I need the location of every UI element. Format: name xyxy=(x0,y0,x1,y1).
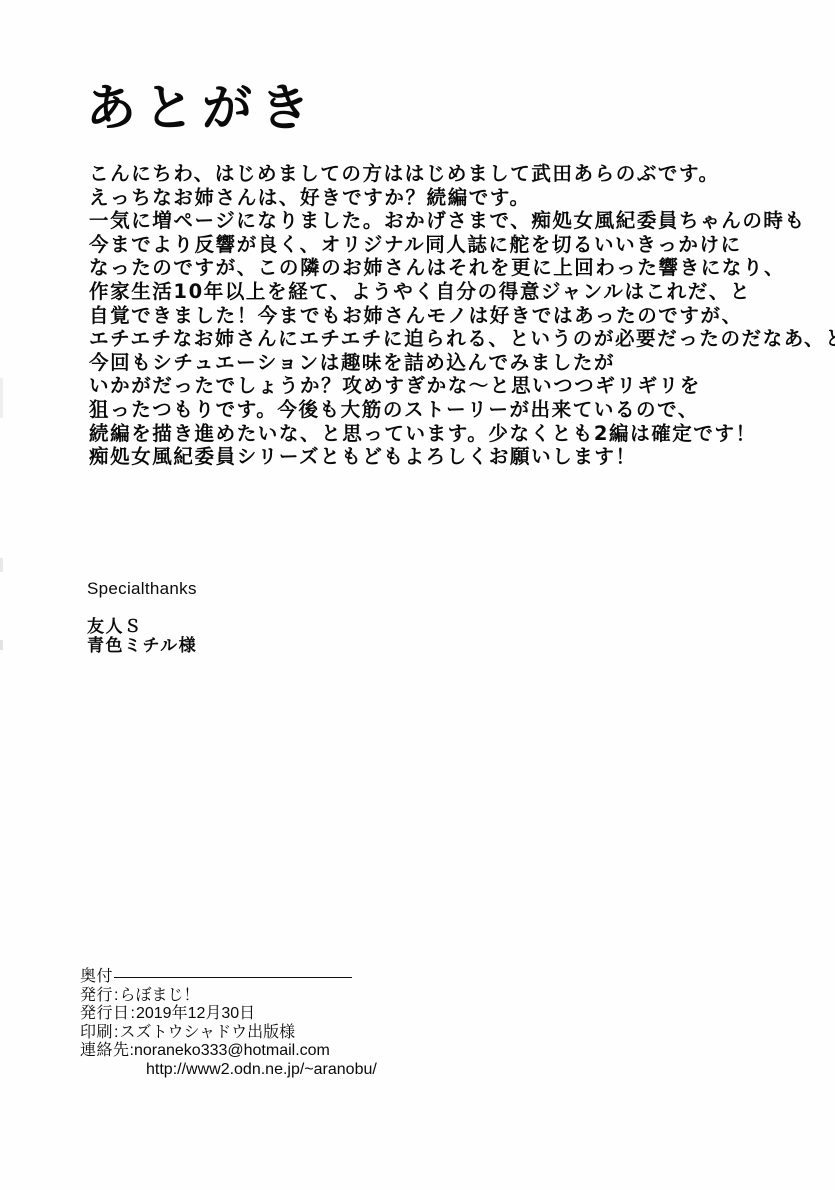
printer-value: スズトウシャドウ出版様 xyxy=(119,1024,295,1041)
colophon-divider xyxy=(114,977,352,978)
body-line: 自覚できました！今までもお姉さんモノは好きではあったのですが、 xyxy=(89,304,819,328)
publisher-value: らぼまじ！ xyxy=(119,987,199,1004)
special-thanks-section: Specialthanks 友人Ｓ 青色ミチル様 xyxy=(87,578,197,656)
afterword-body: こんにちわ、はじめましての方ははじめまして武田あらのぶです。 えっちなお姉さんは… xyxy=(89,162,819,469)
scan-edge-artifact xyxy=(0,558,3,572)
special-thanks-list: 友人Ｓ 青色ミチル様 xyxy=(87,618,197,656)
thanks-name: 友人Ｓ xyxy=(87,618,197,637)
date-label: 発行日 xyxy=(80,1005,130,1022)
date-value: 2019年12月30日 xyxy=(136,1005,255,1022)
colophon-heading: 奥付 xyxy=(80,968,113,987)
colophon-publisher-row: 発行:らぼまじ！ xyxy=(80,987,377,1006)
body-line: いかがだったでしょうか？攻めすぎかな～と思いつつギリギリを xyxy=(89,374,819,398)
separator: : xyxy=(114,987,118,1004)
body-line: こんにちわ、はじめましての方ははじめまして武田あらのぶです。 xyxy=(89,162,819,186)
publisher-label: 発行 xyxy=(80,987,113,1004)
scan-edge-artifact xyxy=(0,378,3,418)
colophon-date-row: 発行日:2019年12月30日 xyxy=(80,1005,377,1024)
body-line: 続編を描き進めたいな、と思っています。少なくとも2編は確定です！ xyxy=(89,422,819,446)
colophon-url-row: http://www2.odn.ne.jp/~aranobu/ xyxy=(80,1061,377,1080)
colophon-printer-row: 印刷:スズトウシャドウ出版様 xyxy=(80,1024,377,1043)
body-line: 今回もシチュエーションは趣味を詰め込んでみましたが xyxy=(89,351,819,375)
body-line: 今までより反響が良く、オリジナル同人誌に舵を切るいいきっかけに xyxy=(89,233,819,257)
body-line: 作家生活10年以上を経て、ようやく自分の得意ジャンルはこれだ、と xyxy=(89,280,819,304)
page-title: あとがき xyxy=(86,76,318,140)
printer-label: 印刷 xyxy=(80,1024,113,1041)
separator: : xyxy=(114,1024,118,1041)
afterword-page: あとがき こんにちわ、はじめましての方ははじめまして武田あらのぶです。 えっちな… xyxy=(0,0,835,1190)
body-line: 狙ったつもりです。今後も大筋のストーリーが出来ているので、 xyxy=(89,398,819,422)
colophon: 奥付 発行:らぼまじ！ 発行日:2019年12月30日 印刷:スズトウシャドウ出… xyxy=(80,968,377,1080)
special-thanks-heading: Specialthanks xyxy=(87,578,197,600)
body-line: 痴処女風紀委員シリーズともどもよろしくお願いします！ xyxy=(89,445,819,469)
body-line: 一気に増ページになりました。おかげさまで、痴処女風紀委員ちゃんの時も xyxy=(89,209,819,233)
thanks-name: 青色ミチル様 xyxy=(87,637,197,656)
contact-url: http://www2.odn.ne.jp/~aranobu/ xyxy=(146,1061,377,1078)
colophon-contact-row: 連絡先:noraneko333@hotmail.com xyxy=(80,1042,377,1061)
body-line: エチエチなお姉さんにエチエチに迫られる、というのが必要だったのだなあ、と！ xyxy=(89,327,819,351)
body-line: えっちなお姉さんは、好きですか？続編です。 xyxy=(89,186,819,210)
body-line: なったのですが、この隣のお姉さんはそれを更に上回わった響きになり、 xyxy=(89,256,819,280)
separator: : xyxy=(131,1005,135,1022)
scan-edge-artifact xyxy=(0,640,3,650)
contact-label: 連絡先 xyxy=(80,1042,130,1059)
contact-email: noraneko333@hotmail.com xyxy=(134,1042,330,1059)
colophon-heading-row: 奥付 xyxy=(80,968,377,987)
